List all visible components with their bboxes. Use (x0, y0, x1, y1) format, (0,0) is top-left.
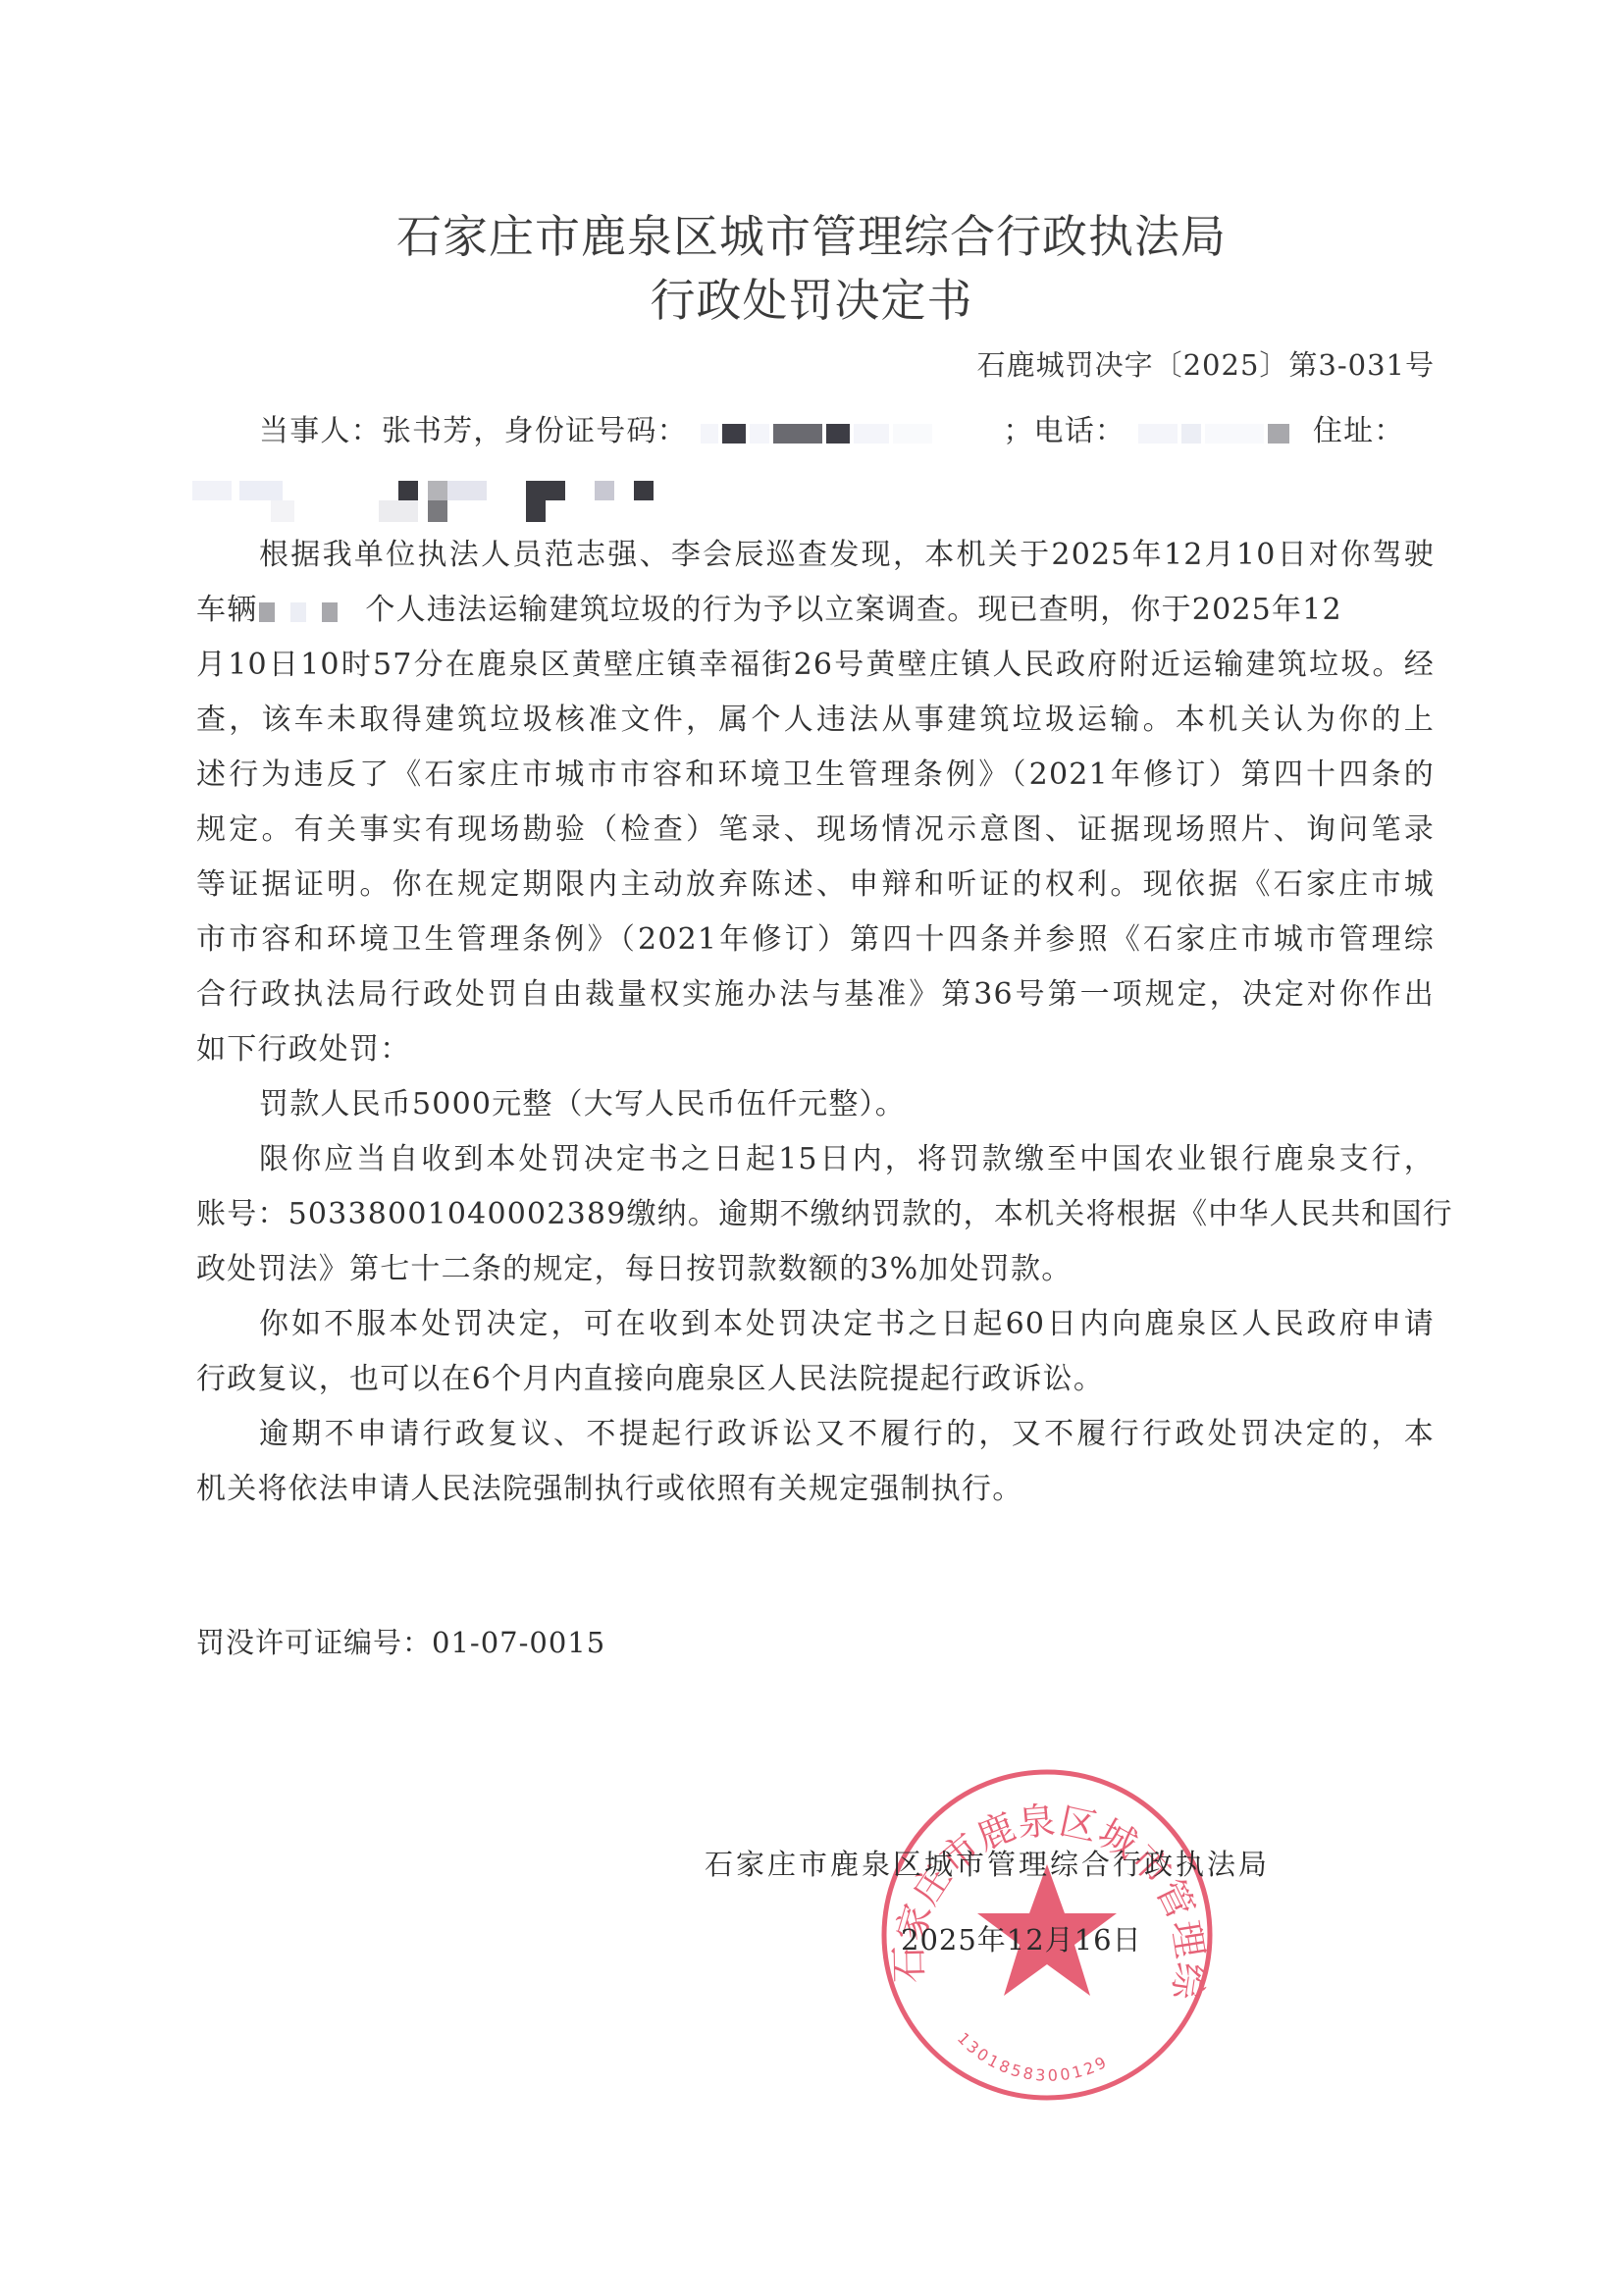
appeal-line-1: 你如不服本处罚决定，可在收到本处罚决定书之日起60日内向鹿泉区人民政府申请 (259, 1297, 1435, 1352)
vehicle-plate-redacted (257, 584, 365, 639)
body-line-3: 月10日10时57分在鹿泉区黄壁庄镇幸福街26号黄壁庄镇人民政府附近运输建筑垃圾… (196, 638, 1435, 693)
party-label: 当事人： (259, 414, 382, 448)
enforcement-line-1: 逾期不申请行政复议、不提起行政诉讼又不履行的，又不履行行政处罚决定的，本 (259, 1407, 1435, 1462)
vehicle-label: 车辆 (196, 593, 257, 627)
fine-amount-line: 罚款人民币5000元整（大写人民币伍仟元整）。 (259, 1077, 1435, 1132)
body-line-10: 如下行政处罚： (196, 1022, 1435, 1077)
svg-text:1301858300129: 1301858300129 (954, 2029, 1112, 2085)
body-line-9: 合行政执法局行政处罚自由裁量权实施办法与基准》第36号第一项规定，决定对你作出 (196, 967, 1435, 1022)
address-label: 住址： (1313, 414, 1405, 448)
body-line-2: 车辆个人违法运输建筑垃圾的行为予以立案调查。现已查明，你于2025年12 (196, 583, 1435, 639)
body-line-1: 根据我单位执法人员范志强、李会辰巡查发现，本机关于2025年12月10日对你驾驶 (259, 528, 1435, 583)
party-line: 当事人：张书芳，身份证号码： ；电话： 住址： (259, 404, 1435, 460)
penalty-decision-page: 石家庄市鹿泉区城市管理综合行政执法局 行政处罚决定书 石鹿城罚决字〔2025〕第… (0, 0, 1623, 2296)
phone-label: ；电话： (1003, 414, 1126, 448)
signing-date: 2025年12月16日 (901, 1918, 1142, 1958)
document-type-title: 行政处罚决定书 (0, 265, 1623, 330)
appeal-line-2: 行政复议，也可以在6个月内直接向鹿泉区人民法院提起行政诉讼。 (196, 1352, 1435, 1407)
payment-line-1: 限你应当自收到本处罚决定书之日起15日内，将罚款缴至中国农业银行鹿泉支行， (259, 1132, 1435, 1187)
signing-organization: 石家庄市鹿泉区城市管理综合行政执法局 (705, 1843, 1270, 1883)
body-line-6: 规定。有关事实有现场勘验（检查）笔录、现场情况示意图、证据现场照片、询问笔录 (196, 803, 1435, 858)
party-name: 张书芳 (382, 414, 474, 448)
issuer-title: 石家庄市鹿泉区城市管理综合行政执法局 (0, 201, 1623, 266)
enforcement-line-2: 机关将依法申请人民法院强制执行或依照有关规定强制执行。 (196, 1462, 1435, 1517)
body-line-5: 述行为违反了《石家庄市城市市容和环境卫生管理条例》（2021年修订）第四十四条的 (196, 748, 1435, 803)
payment-line-3: 政处罚法》第七十二条的规定，每日按罚款数额的3%加处罚款。 (196, 1242, 1435, 1297)
license-number: 罚没许可证编号：01-07-0015 (196, 1621, 605, 1661)
phone-redacted (1136, 405, 1313, 460)
payment-line-2: 账号：50338001040002389缴纳。逾期不缴纳罚款的，本机关将根据《中… (196, 1187, 1435, 1242)
body-line-8: 市市容和环境卫生管理条例》（2021年修订）第四十四条并参照《石家庄市城市管理综 (196, 913, 1435, 967)
body-line-7: 等证据证明。你在规定期限内主动放弃陈述、申辩和听证的权利。现依据《石家庄市城 (196, 858, 1435, 913)
body-line-4: 查，该车未取得建筑垃圾核准文件，属个人违法从事建筑垃圾运输。本机关认为你的上 (196, 693, 1435, 748)
id-number-redacted (699, 405, 993, 460)
document-number: 石鹿城罚决字〔2025〕第3-031号 (977, 343, 1435, 384)
address-redacted (192, 481, 801, 525)
id-label: ，身份证号码： (473, 414, 687, 448)
body-line-2-text: 个人违法运输建筑垃圾的行为予以立案调查。现已查明，你于2025年12 (365, 593, 1341, 627)
